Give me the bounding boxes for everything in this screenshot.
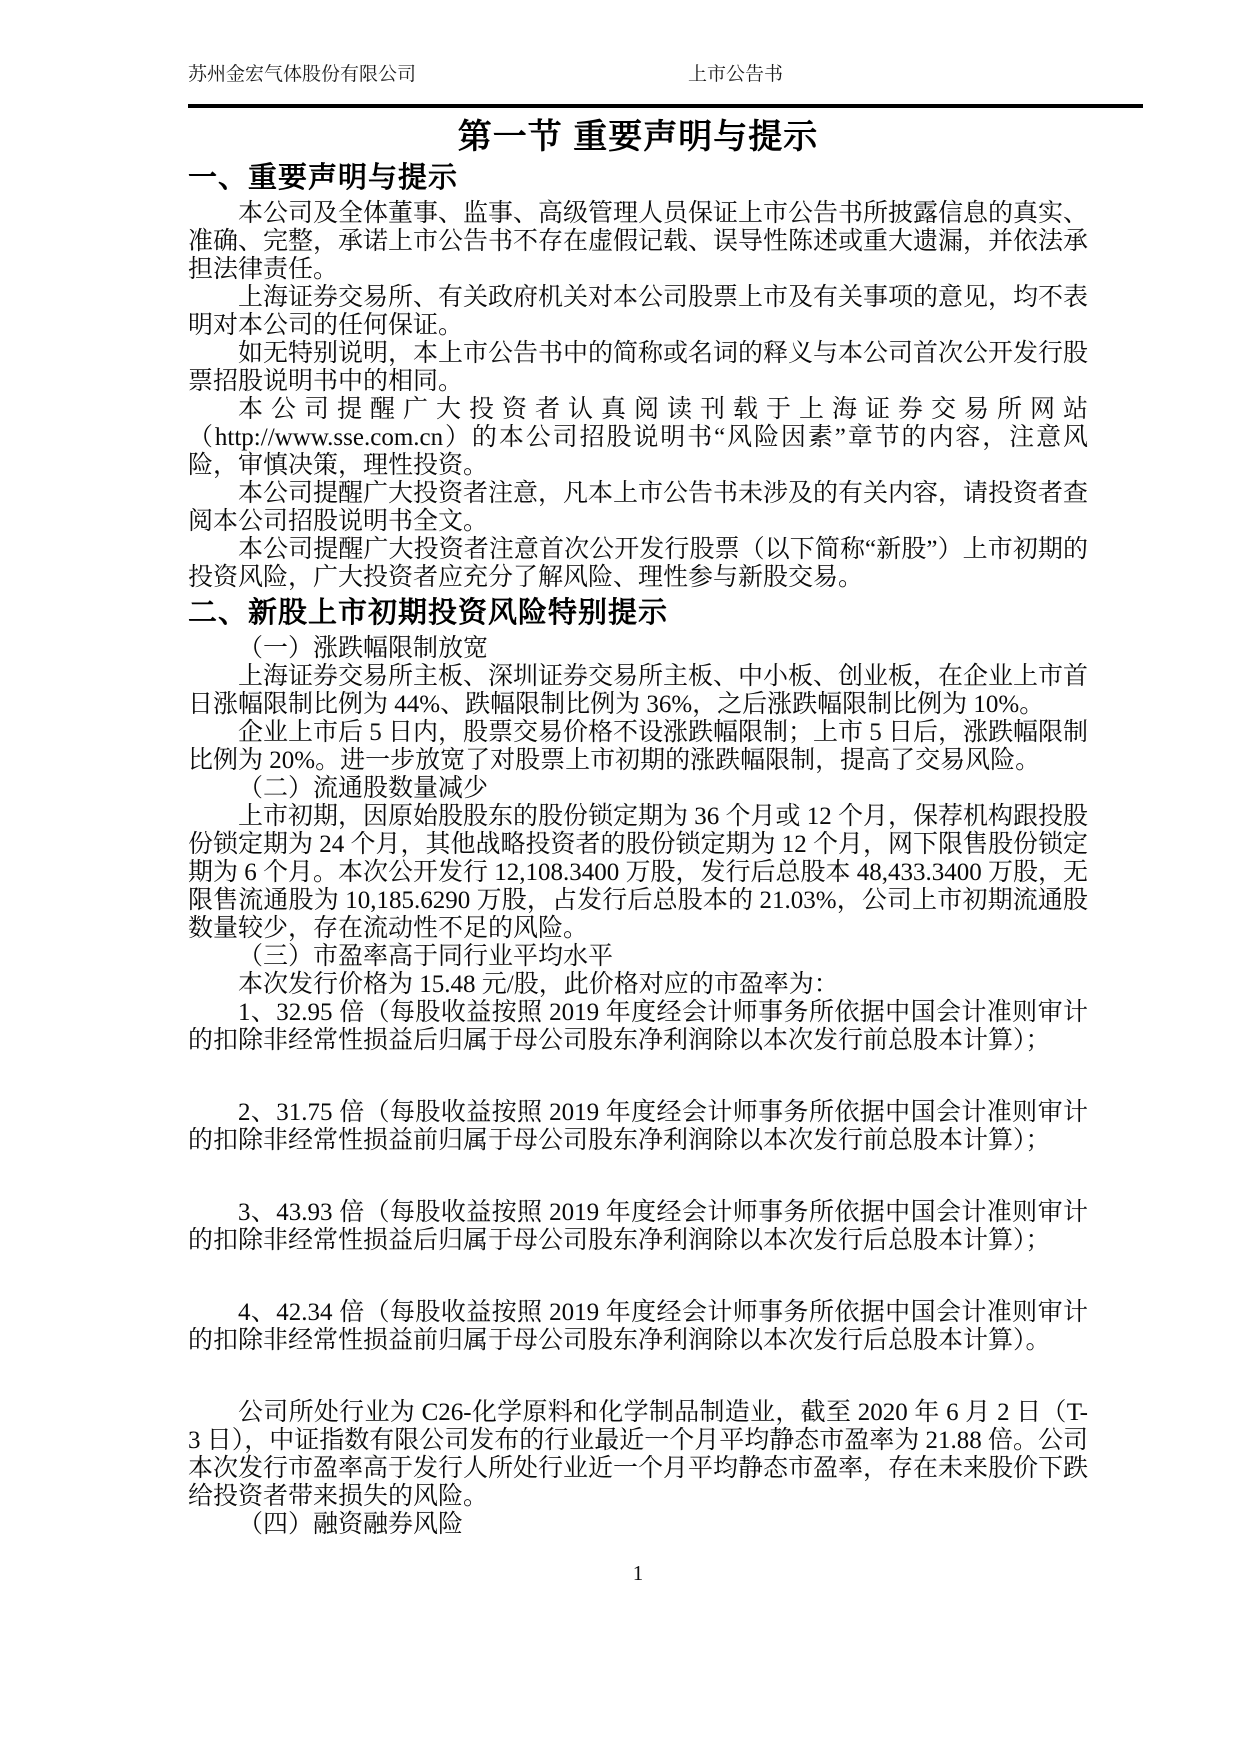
section-title: 第一节 重要声明与提示 <box>188 117 1088 157</box>
header-doc-type: 上市公告书 <box>688 60 783 90</box>
heading-initial-investment-risk-notice: 二、新股上市初期投资风险特别提示 <box>188 595 1088 631</box>
para-definitions-same-as-prospectus: 如无特别说明，本上市公告书中的简称或名词的释义与本公司首次公开发行股票招股说明书… <box>188 340 1088 396</box>
running-header: 苏州金宏气体股份有限公司 上市公告书 <box>188 60 1088 90</box>
list-item-pe-3: 3、43.93 倍（每股收益按照 2019 年度经会计师事务所依据中国会计准则审… <box>188 1199 1088 1255</box>
para-lockup-details: 上市初期，因原始股股东的股份锁定期为 36 个月或 12 个月，保荐机构跟投股份… <box>188 803 1088 943</box>
subheading-margin-trading-risk: （四）融资融券风险 <box>188 1511 1088 1539</box>
para-issue-price: 本次发行价格为 15.48 元/股，此价格对应的市盈率为： <box>188 971 1088 999</box>
para-sse-no-guarantee: 上海证券交易所、有关政府机关对本公司股票上市及有关事项的意见，均不表明对本公司的… <box>188 284 1088 340</box>
para-no-price-limit-5-days: 企业上市后 5 日内，股票交易价格不设涨跌幅限制；上市 5 日后，涨跌幅限制比例… <box>188 719 1088 775</box>
heading-important-statements: 一、重要声明与提示 <box>188 160 1088 196</box>
list-item-pe-1: 1、32.95 倍（每股收益按照 2019 年度经会计师事务所依据中国会计准则审… <box>188 999 1088 1055</box>
document-body: 一、重要声明与提示 本公司及全体董事、监事、高级管理人员保证上市公告书所披露信息… <box>188 160 1088 1539</box>
subheading-price-limit-relaxation: （一）涨跌幅限制放宽 <box>188 635 1088 663</box>
para-refer-full-prospectus: 本公司提醒广大投资者注意，凡本上市公告书未涉及的有关内容，请投资者查阅本公司招股… <box>188 480 1088 536</box>
subheading-floating-shares-reduction: （二）流通股数量减少 <box>188 775 1088 803</box>
para-new-share-initial-risk: 本公司提醒广大投资者注意首次公开发行股票（以下简称“新股”）上市初期的投资风险，… <box>188 536 1088 592</box>
para-industry-pe-comparison: 公司所处行业为 C26-化学原料和化学制品制造业，截至 2020 年 6 月 2… <box>188 1399 1088 1511</box>
header-company-name: 苏州金宏气体股份有限公司 <box>188 60 416 90</box>
header-rule <box>188 104 1143 108</box>
document-page: 苏州金宏气体股份有限公司 上市公告书 第一节 重要声明与提示 一、重要声明与提示… <box>0 0 1240 1754</box>
subheading-pe-above-industry: （三）市盈率高于同行业平均水平 <box>188 943 1088 971</box>
para-first-day-limits: 上海证券交易所主板、深圳证券交易所主板、中小板、创业板，在企业上市首日涨幅限制比… <box>188 663 1088 719</box>
list-item-pe-4: 4、42.34 倍（每股收益按照 2019 年度经会计师事务所依据中国会计准则审… <box>188 1299 1088 1355</box>
list-item-pe-2: 2、31.75 倍（每股收益按照 2019 年度经会计师事务所依据中国会计准则审… <box>188 1099 1088 1155</box>
page-number: 1 <box>188 1561 1088 1586</box>
para-truthfulness-commitment: 本公司及全体董事、监事、高级管理人员保证上市公告书所披露信息的真实、准确、完整，… <box>188 200 1088 284</box>
para-read-risk-factors: 本公司提醒广大投资者认真阅读刊载于上海证券交易所网站（http://www.ss… <box>188 396 1088 480</box>
